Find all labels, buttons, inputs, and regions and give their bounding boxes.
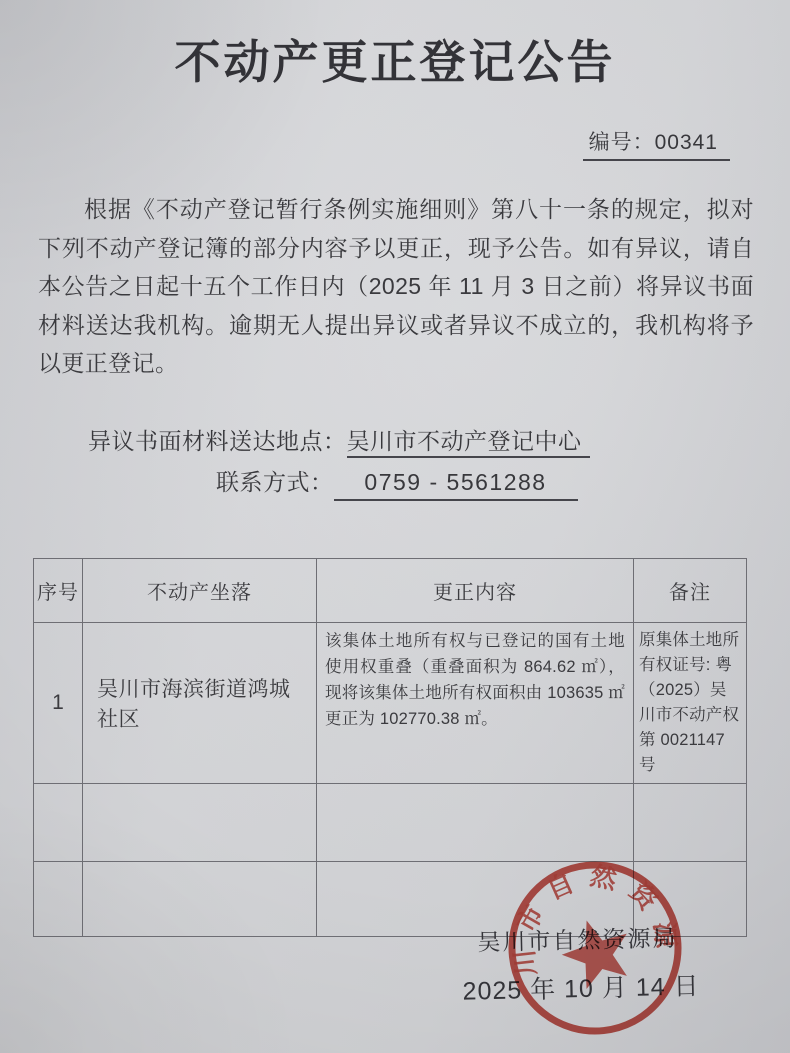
official-stamp: 吴川市自然资源局 [494,847,696,1049]
col-header-no: 序号 [34,559,83,623]
delivery-label: 异议书面材料送达地点： [88,428,347,454]
cell-location [83,862,317,937]
cell-no [34,862,83,937]
cell-location: 吴川市海滨街道鸿城社区 [83,623,317,784]
delivery-value: 吴川市不动产登记中心 [347,428,590,458]
cell-no: 1 [34,623,83,784]
table-header-row: 序号 不动产坐落 更正内容 备注 [34,559,747,623]
cell-correction [317,784,634,862]
delivery-line: 异议书面材料送达地点：吴川市不动产登记中心 [88,423,590,456]
cell-remark: 原集体土地所有权证号: 粤（2025）吴川市不动产权第 0021147 号 [634,623,747,784]
doc-number: 编号：00341 [583,126,730,161]
contact-value: 0759 - 5561288 [334,469,578,501]
stamp-star-icon [554,910,639,993]
col-header-correction: 更正内容 [317,559,634,623]
cell-no [34,784,83,862]
body-paragraph: 根据《不动产登记暂行条例实施细则》第八十一条的规定，拟对下列不动产登记簿的部分内… [38,190,754,383]
table-row: 1 吴川市海滨街道鸿城社区 该集体土地所有权与已登记的国有土地使用权重叠（重叠面… [34,623,747,784]
page-title: 不动产更正登记公告 [0,26,790,92]
cell-location [83,784,317,862]
contact-line: 联系方式：0759 - 5561288 [216,464,578,501]
announcement-document: 不动产更正登记公告 编号：00341 根据《不动产登记暂行条例实施细则》第八十一… [0,0,790,1053]
cell-correction: 该集体土地所有权与已登记的国有土地使用权重叠（重叠面积为 864.62 ㎡），现… [317,623,634,784]
col-header-location: 不动产坐落 [83,559,317,623]
col-header-remark: 备注 [634,559,747,623]
contact-label: 联系方式： [216,469,334,495]
